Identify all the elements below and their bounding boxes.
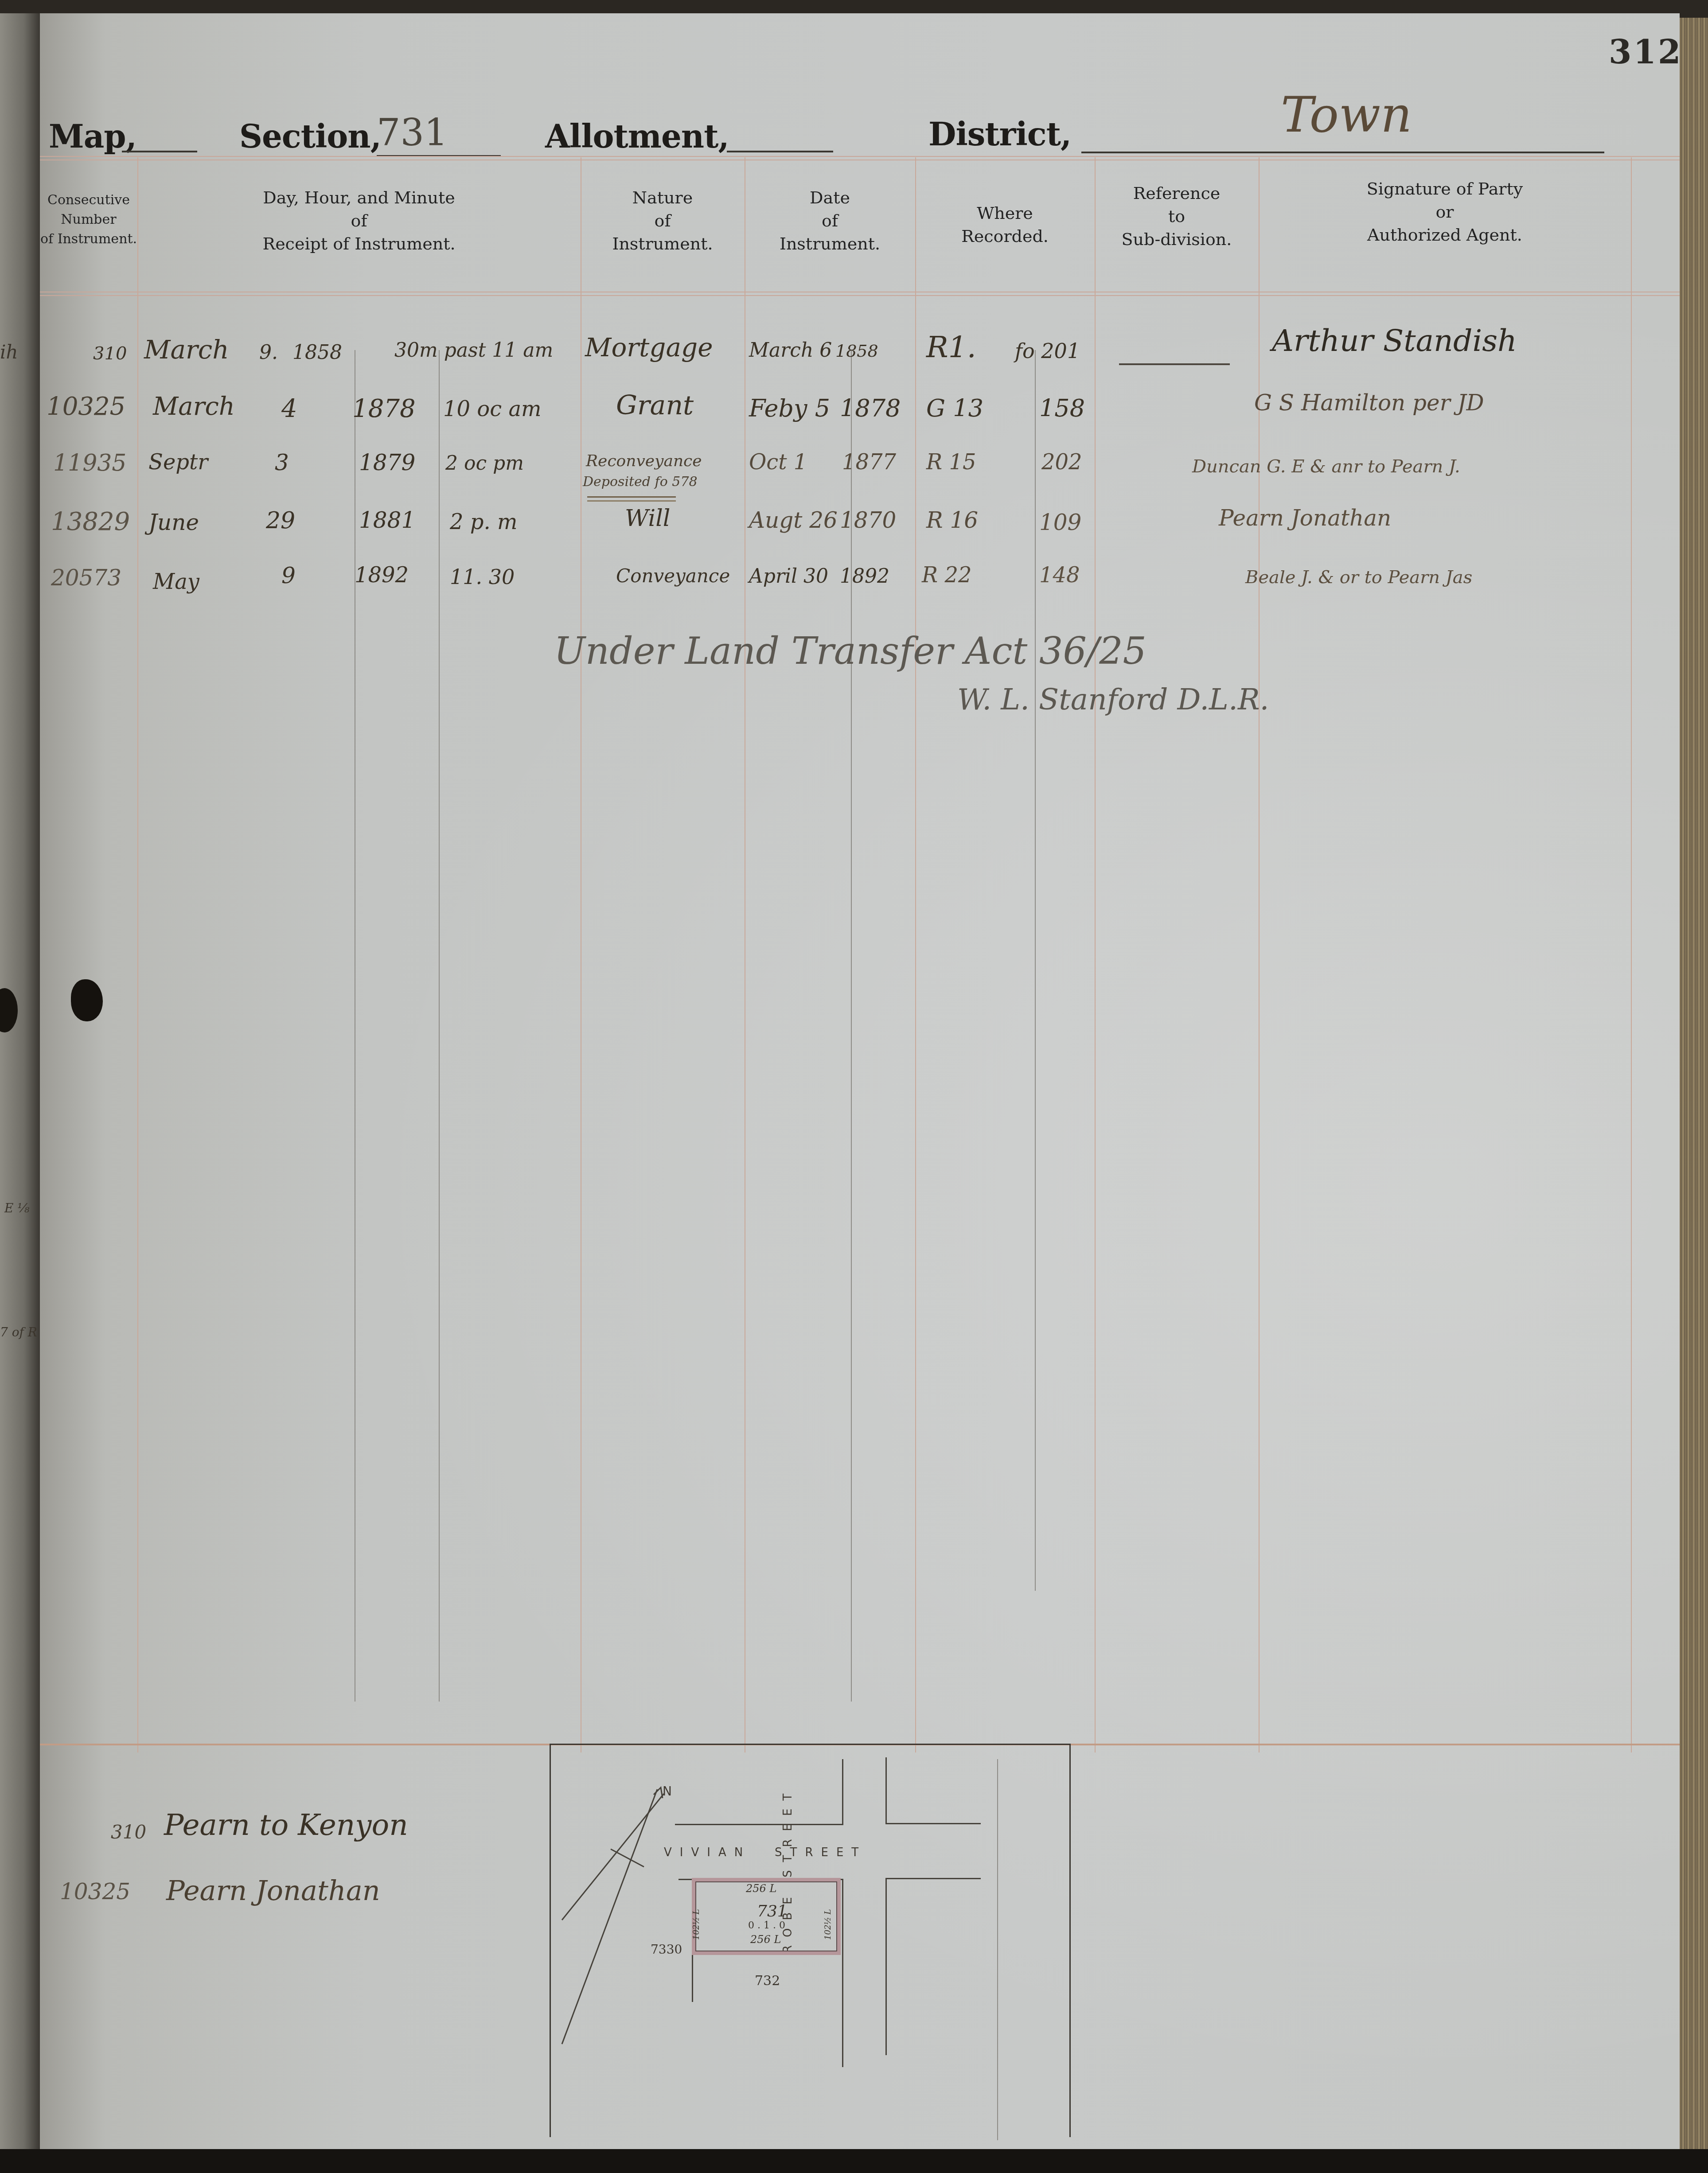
street-label-vivian: VIVIAN: [664, 1846, 751, 1859]
row-book: G 13: [926, 394, 983, 422]
row-day: 29: [266, 507, 295, 534]
sketch-line: [885, 1878, 887, 2055]
page-number: 312: [1609, 33, 1682, 71]
row-folio: 158: [1039, 394, 1085, 422]
col-divider: [581, 157, 581, 1752]
sketch-line: [885, 1878, 981, 1879]
row-number: 13829: [51, 507, 130, 536]
col-header-label: Nature of Instrument.: [612, 188, 713, 253]
row-month: June: [148, 510, 199, 535]
allotment-field[interactable]: [727, 151, 833, 152]
section-label: Section,: [239, 117, 381, 155]
pencil-subdivider: [439, 350, 440, 1702]
row-day: 9: [281, 563, 296, 588]
row-date-day: March 6: [749, 339, 832, 362]
left-page-fragment: E ⅛: [4, 1201, 29, 1215]
row-month: Septr: [148, 450, 208, 475]
row-signature: Beale J. & or to Pearn Jas: [1245, 567, 1472, 588]
col-header-label: Consecutive Number of Instrument.: [40, 192, 137, 247]
col-header-reference: Reference to Sub-division.: [1095, 182, 1259, 251]
row-book: R1.: [926, 330, 976, 364]
col-header-nature: Nature of Instrument.: [581, 186, 745, 255]
row-date-day: Oct 1: [749, 450, 807, 475]
row-month: March: [144, 335, 229, 365]
row-folio: 202: [1041, 450, 1082, 475]
footer-note-text: Pearn to Kenyon: [164, 1808, 408, 1842]
adjacent-lot-west: 7330: [651, 1942, 682, 1957]
row-signature: Arthur Standish: [1272, 323, 1517, 358]
lot-area: 0 . 1 . 0: [748, 1920, 785, 1931]
row-book: R 16: [926, 507, 978, 533]
row-nature: Will: [625, 505, 670, 532]
row-month: March: [153, 392, 235, 421]
footer-note-number: 10325: [60, 1879, 130, 1904]
page-stack-edge: [1680, 18, 1708, 2149]
row-date-year: 1870: [840, 507, 896, 533]
row-day: 9.: [259, 341, 278, 364]
sketch-line: [885, 1757, 887, 1824]
col-divider: [137, 157, 138, 1752]
row-number: 310: [93, 343, 127, 364]
district-value[interactable]: Town: [1281, 86, 1412, 143]
lot-right-dimension: 102½ L: [823, 1909, 833, 1940]
row-number: 11935: [53, 450, 126, 476]
left-page-fragment: ih: [0, 341, 18, 363]
row-signature: Duncan G. E & anr to Pearn J.: [1192, 456, 1460, 477]
col-header-consecutive-number: Consecutive Number of Instrument.: [40, 191, 137, 249]
lot-number: 731: [757, 1902, 788, 1920]
sketch-line: [842, 1879, 843, 2067]
nature-note-underline: [587, 496, 676, 502]
footer-note-text: Pearn Jonathan: [166, 1874, 380, 1907]
pencil-subdivider: [851, 350, 852, 1702]
lot-top-dimension: 256 L: [746, 1882, 776, 1895]
row-year: 1879: [359, 450, 415, 475]
row-year: 1892: [355, 563, 409, 588]
sketch-line: [885, 1823, 981, 1824]
north-marker: N: [663, 1784, 673, 1799]
row-date-day: April 30: [749, 565, 828, 588]
map-label: Map,: [49, 117, 136, 155]
col-header-label: Day, Hour, and Minute of Receipt of Inst…: [263, 188, 456, 253]
pencil-subdivider: [1035, 350, 1036, 1591]
col-header-where-recorded: Where Recorded.: [915, 202, 1095, 248]
col-header-label: Where Recorded.: [961, 203, 1049, 246]
row-folio: 148: [1039, 563, 1080, 588]
previous-page-edge: ih E ⅛ 7 of R: [0, 13, 40, 2154]
pencil-subdivider: [355, 350, 355, 1702]
header-top-rule: [40, 156, 1680, 160]
closing-signature: W. L. Stanford D.L.R.: [957, 682, 1269, 717]
header-bottom-rule: [40, 292, 1680, 296]
lot-left-dimension: 102½ L: [692, 1909, 701, 1940]
col-header-date: Date of Instrument.: [745, 186, 915, 255]
allotment-label: Allotment,: [545, 117, 729, 155]
district-label: District,: [928, 115, 1071, 153]
row-year: 1858: [292, 341, 342, 364]
sketch-map: N VIVIAN STREET ROBE STREET 256 L 731 0 …: [550, 1744, 1071, 2137]
left-page-fragment: 7 of R: [0, 1325, 37, 1340]
footer-note-number: 310: [111, 1821, 146, 1843]
col-header-label: Reference to Sub-division.: [1122, 183, 1232, 249]
row-time: 10 oc am: [443, 397, 542, 421]
row-nature-note: Deposited fo 578: [583, 474, 698, 490]
col-header-receipt-time: Day, Hour, and Minute of Receipt of Inst…: [137, 186, 581, 255]
col-header-label: Signature of Party or Authorized Agent.: [1367, 179, 1523, 245]
sketch-line: [675, 1824, 843, 1825]
row-folio: 109: [1039, 510, 1081, 535]
row-date-day: Augt 26: [749, 507, 838, 533]
row-day: 4: [281, 394, 297, 423]
row-number: 20573: [51, 565, 121, 591]
ink-blot: [0, 988, 18, 1032]
row-folio: fo 201: [1015, 339, 1080, 363]
col-divider: [1095, 157, 1096, 1752]
row-nature: Grant: [616, 390, 694, 421]
adjacent-lot-south: 732: [755, 1973, 780, 1989]
row-month: May: [153, 569, 199, 594]
row-time: 2 oc pm: [445, 452, 524, 475]
row-date-year: 1858: [835, 341, 878, 361]
col-divider: [915, 157, 916, 1752]
row-signature: G S Hamilton per JD: [1254, 390, 1484, 416]
section-value[interactable]: 731: [377, 111, 448, 154]
col-header-signature: Signature of Party or Authorized Agent.: [1259, 177, 1631, 246]
row-day: 3: [275, 450, 289, 475]
row-nature: Mortgage: [585, 332, 713, 362]
district-field-line: [1081, 152, 1604, 153]
row-time: 30m past 11 am: [394, 339, 553, 362]
map-field[interactable]: [122, 151, 197, 152]
row-time: 2 p. m: [450, 510, 518, 534]
col-divider: [745, 157, 745, 1752]
closing-note: Under Land Transfer Act 36/25: [554, 629, 1146, 673]
row-date-day: Feby 5: [749, 394, 830, 422]
sketch-line: [842, 1759, 843, 1825]
row-date-year: 1892: [840, 565, 889, 588]
ink-blot: [71, 979, 103, 1021]
row-date-year: 1878: [840, 394, 901, 422]
row-number: 10325: [47, 392, 125, 421]
row-signature: Pearn Jonathan: [1219, 505, 1391, 531]
row-nature: Conveyance: [616, 565, 730, 587]
row-date-year: 1877: [842, 450, 896, 475]
row-year: 1881: [359, 507, 415, 533]
sketch-line: [692, 1953, 693, 2002]
row-book: R 22: [922, 563, 971, 588]
lot-bottom-dimension: 256 L: [750, 1933, 781, 1946]
row-year: 1878: [352, 394, 416, 423]
col-header-label: Date of Instrument.: [780, 188, 880, 253]
row-reference-dash: [1119, 363, 1230, 365]
row-nature: Reconveyance: [586, 452, 702, 470]
row-book: R 15: [926, 450, 976, 475]
scan-bottom-border: [0, 2149, 1708, 2173]
row-time: 11. 30: [450, 565, 515, 589]
col-divider: [1631, 157, 1632, 1752]
